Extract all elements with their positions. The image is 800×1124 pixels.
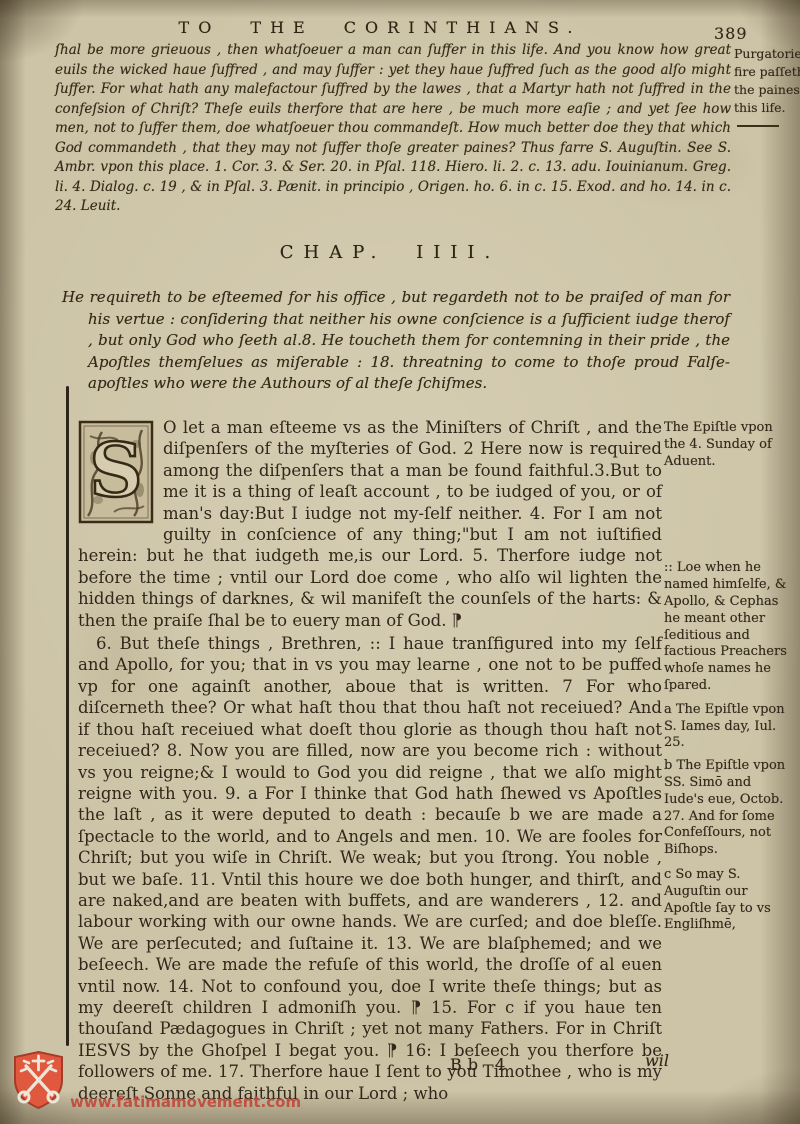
margin-note-apollo: :: Loe when he named himſelfe, & Apollo,… [664, 560, 795, 694]
verse-text-6-17: 6. But theſe things , Brethren, :: I hau… [78, 633, 662, 1104]
drop-cap-letter: S [89, 428, 142, 514]
column-rule [66, 386, 69, 1046]
margin-note-line: the paines of [734, 81, 800, 99]
margin-note-line: Purgatorie [734, 45, 800, 63]
margin-note-epistle-advent: The Epiſtle vpon the 4. Sunday of Aduent… [664, 420, 795, 470]
verse-paragraph: S O let a man eſteeme vs as the Miniſter… [78, 417, 662, 631]
crossed-keys-shield-icon [12, 1050, 65, 1110]
scripture-text-column: S O let a man eſteeme vs as the Miniſter… [78, 417, 662, 1104]
gathering-signature: Bb 4 [450, 1055, 511, 1074]
scanned-book-page: TO THE CORINTHIANS. 389 ſhal be more gri… [0, 0, 800, 1124]
watermark-url: www.fatimamovement.com [70, 1093, 301, 1111]
margin-note-line: fire paſſeth al [734, 63, 800, 81]
margin-note-b: b The Epiſtle vpon SS. Simō and Iude's e… [664, 758, 795, 859]
margin-note-a: a The Epiſtle vpon S. Iames day, Iul. 25… [664, 702, 795, 752]
chapter-argument: He requireth to be eſteemed for his offi… [62, 287, 730, 395]
chapter-heading: CHAP. IIII. [0, 242, 780, 263]
margin-note-c: c So may S. Auguſtin our Apoſtle ſay to … [664, 867, 795, 934]
patristic-commentary-text: ſhal be more grieuous , then whatſoeuer … [55, 41, 731, 217]
top-margin-notes: Purgatorie fire paſſeth al the paines of… [734, 45, 800, 117]
side-margin-notes: The Epiſtle vpon the 4. Sunday of Aduent… [664, 420, 795, 940]
margin-note-line: this life. [734, 99, 800, 117]
ornamental-initial-s: S [78, 420, 154, 528]
margin-note-rule [737, 125, 779, 127]
verse-text-1-5: O let a man eſteeme vs as the Miniſters … [78, 418, 662, 630]
running-title: TO THE CORINTHIANS. [0, 18, 760, 37]
catchword: wil [645, 1051, 669, 1070]
